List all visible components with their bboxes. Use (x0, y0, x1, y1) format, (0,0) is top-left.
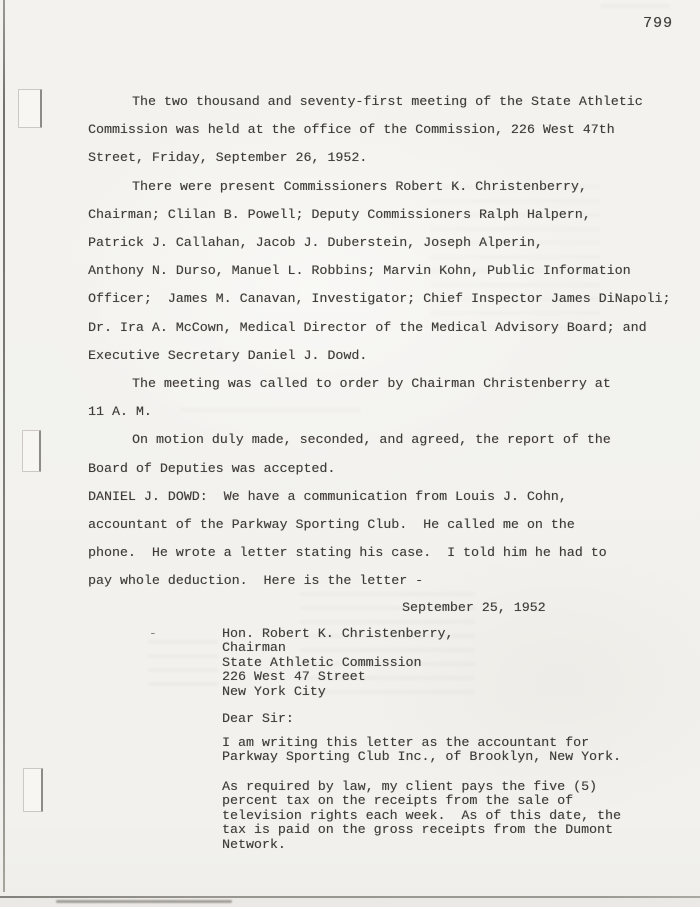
letter-salutation: Dear Sir: (222, 711, 294, 726)
minutes-line: Chairman; Clilan B. Powell; Deputy Commi… (88, 201, 671, 229)
stray-mark: - (149, 626, 157, 641)
minutes-line: Street, Friday, September 26, 1952. (88, 144, 671, 172)
letter-line: tax is paid on the gross receipts from t… (222, 823, 621, 837)
minutes-line: Anthony N. Durso, Manuel L. Robbins; Mar… (88, 257, 671, 285)
scan-bottom-smudge (56, 900, 232, 903)
minutes-line: accountant of the Parkway Sporting Club.… (88, 511, 671, 539)
letter-paragraph: As required by law, my client pays the f… (222, 780, 621, 852)
minutes-line: Executive Secretary Daniel J. Dowd. (88, 342, 671, 370)
page-edge-line (3, 0, 5, 892)
letter-address-line: State Athletic Commission (222, 656, 453, 670)
minutes-line: Commission was held at the office of the… (88, 116, 671, 144)
letter-address-block: Hon. Robert K. Christenberry,ChairmanSta… (222, 627, 453, 699)
scanned-minutes-page: 799 The two thousand and seventy-first m… (0, 0, 700, 907)
letter-line: television rights each week. As of this … (222, 809, 621, 823)
letter-line: percent tax on the receipts from the sal… (222, 794, 621, 808)
minutes-line: pay whole deduction. Here is the letter … (88, 567, 671, 595)
minutes-line: The meeting was called to order by Chair… (88, 370, 671, 398)
minutes-line: Officer; James M. Canavan, Investigator;… (88, 285, 671, 313)
letter-date: September 25, 1952 (402, 600, 546, 615)
letter-paragraph: I am writing this letter as the accounta… (222, 736, 621, 765)
minutes-line: Patrick J. Callahan, Jacob J. Duberstein… (88, 229, 671, 257)
letter-line: As required by law, my client pays the f… (222, 780, 621, 794)
binding-hole (18, 89, 42, 128)
minutes-line: The two thousand and seventy-first meeti… (88, 88, 671, 116)
binding-hole (22, 430, 41, 472)
page-number: 799 (643, 15, 673, 32)
letter-address-line: New York City (222, 685, 453, 699)
binding-hole (23, 768, 43, 812)
letter-address-line: Chairman (222, 641, 453, 655)
letter-address-line: 226 West 47 Street (222, 670, 453, 684)
bleed-through-artifact (148, 640, 218, 695)
minutes-line: Board of Deputies was accepted. (88, 455, 671, 483)
minutes-line: On motion duly made, seconded, and agree… (88, 426, 671, 454)
minutes-line: phone. He wrote a letter stating his cas… (88, 539, 671, 567)
minutes-line: There were present Commissioners Robert … (88, 173, 671, 201)
letter-address-line: Hon. Robert K. Christenberry, (222, 627, 453, 641)
letter-line: Network. (222, 838, 621, 852)
minutes-line: Dr. Ira A. McCown, Medical Director of t… (88, 314, 671, 342)
minutes-line: 11 A. M. (88, 398, 671, 426)
minutes-line: DANIEL J. DOWD: We have a communication … (88, 483, 671, 511)
letter-line: I am writing this letter as the accounta… (222, 736, 621, 750)
minutes-body: The two thousand and seventy-first meeti… (88, 88, 671, 596)
letter-line: Parkway Sporting Club Inc., of Brooklyn,… (222, 750, 621, 764)
